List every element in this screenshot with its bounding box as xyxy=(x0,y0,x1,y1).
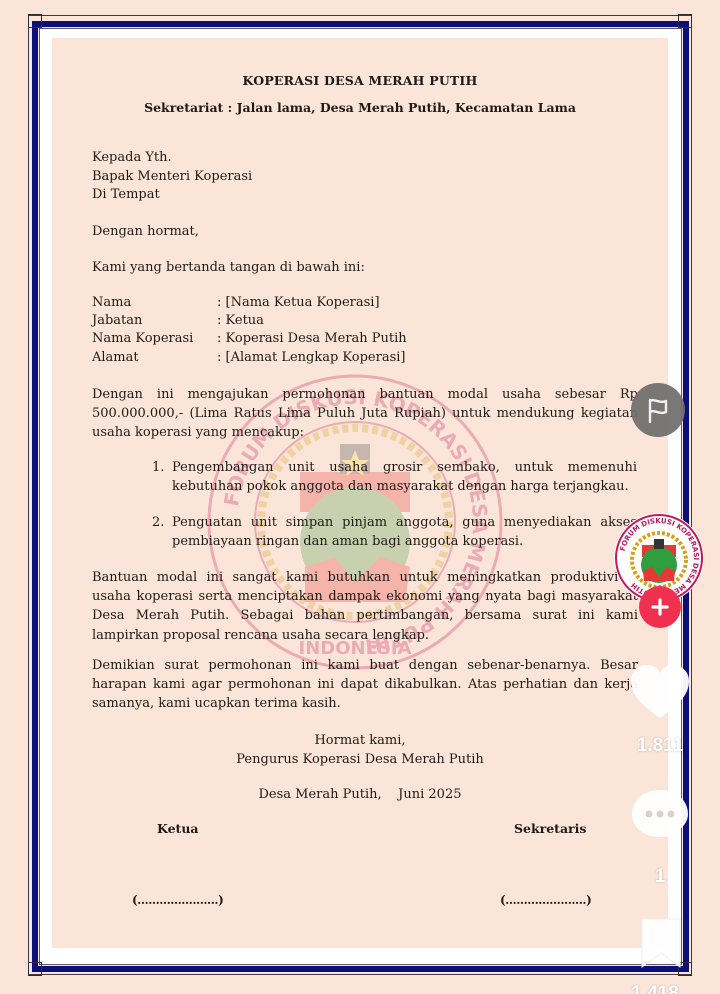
org-title: KOPERASI DESA MERAH PUTIH xyxy=(0,73,720,88)
like-button[interactable] xyxy=(630,664,690,720)
recipient-line: Kepada Yth. xyxy=(92,149,252,168)
list-number: 1. xyxy=(152,458,172,496)
secretariat-address: Sekretariat : Jalan lama, Desa Merah Put… xyxy=(0,100,720,115)
justification-paragraph: Bantuan modal ini sangat kami butuhkan u… xyxy=(92,568,638,645)
greeting: Dengan hormat, xyxy=(92,223,199,242)
list-item: 1. Pengembangan unit usaha grosir sembak… xyxy=(152,458,637,496)
field-value: : Ketua xyxy=(217,312,264,330)
follow-button[interactable] xyxy=(639,586,681,628)
place-date-text: Desa Merah Putih, Juni 2025 xyxy=(258,787,461,802)
field-value: : Koperasi Desa Merah Putih xyxy=(217,330,407,348)
save-button[interactable] xyxy=(638,917,684,969)
signatory-title-ketua: Ketua xyxy=(157,821,199,836)
identity-fields: Nama : [Nama Ketua Koperasi] Jabatan : K… xyxy=(92,294,407,367)
field-label: Alamat xyxy=(92,349,217,367)
signatory-title-sekretaris: Sekretaris xyxy=(514,821,586,836)
field-row: Jabatan : Ketua xyxy=(92,312,407,330)
plus-icon xyxy=(650,597,670,617)
letter-document: KOPERASI DESA MERAH PUTIH Sekretariat : … xyxy=(0,0,720,994)
intro-line: Kami yang bertanda tangan di bawah ini: xyxy=(92,259,365,278)
report-button[interactable] xyxy=(631,383,685,437)
field-row: Alamat : [Alamat Lengkap Koperasi] xyxy=(92,349,407,367)
comment-count: 1 xyxy=(615,866,705,888)
save-count: 1.418 xyxy=(610,982,700,994)
closing-line: Pengurus Koperasi Desa Merah Putih xyxy=(0,750,720,769)
list-number: 2. xyxy=(152,513,172,551)
list-text: Penguatan unit simpan pinjam anggota, gu… xyxy=(172,513,637,551)
recipient-line: Bapak Menteri Koperasi xyxy=(92,168,252,187)
place-date: Desa Merah Putih, Juni 2025 xyxy=(0,785,720,804)
comment-button[interactable] xyxy=(630,788,690,844)
field-row: Nama Koperasi : Koperasi Desa Merah Puti… xyxy=(92,330,407,348)
field-label: Jabatan xyxy=(92,312,217,330)
field-value: : [Nama Ketua Koperasi] xyxy=(217,294,380,312)
list-text: Pengembangan unit usaha grosir sembako, … xyxy=(172,458,637,496)
recipient-line: Di Tempat xyxy=(92,186,252,205)
field-label: Nama xyxy=(92,294,217,312)
request-paragraph: Dengan ini mengajukan permohonan bantuan… xyxy=(92,385,638,443)
signature-line-sekretaris: (......................) xyxy=(500,893,591,907)
field-label: Nama Koperasi xyxy=(92,330,217,348)
comment-bubble-icon xyxy=(630,788,690,844)
bookmark-icon xyxy=(638,917,684,969)
closing-block: Hormat kami, Pengurus Koperasi Desa Mera… xyxy=(0,731,720,769)
signature-line-ketua: (......................) xyxy=(132,893,223,907)
list-item: 2. Penguatan unit simpan pinjam anggota,… xyxy=(152,513,637,551)
flag-icon xyxy=(643,395,673,425)
closing-line: Hormat kami, xyxy=(0,731,720,750)
like-count: 1.811 xyxy=(615,735,705,757)
recipient-block: Kepada Yth. Bapak Menteri Koperasi Di Te… xyxy=(92,149,252,205)
heart-icon xyxy=(630,664,690,720)
closing-paragraph: Demikian surat permohonan ini kami buat … xyxy=(92,656,638,714)
field-row: Nama : [Nama Ketua Koperasi] xyxy=(92,294,407,312)
field-value: : [Alamat Lengkap Koperasi] xyxy=(217,349,406,367)
